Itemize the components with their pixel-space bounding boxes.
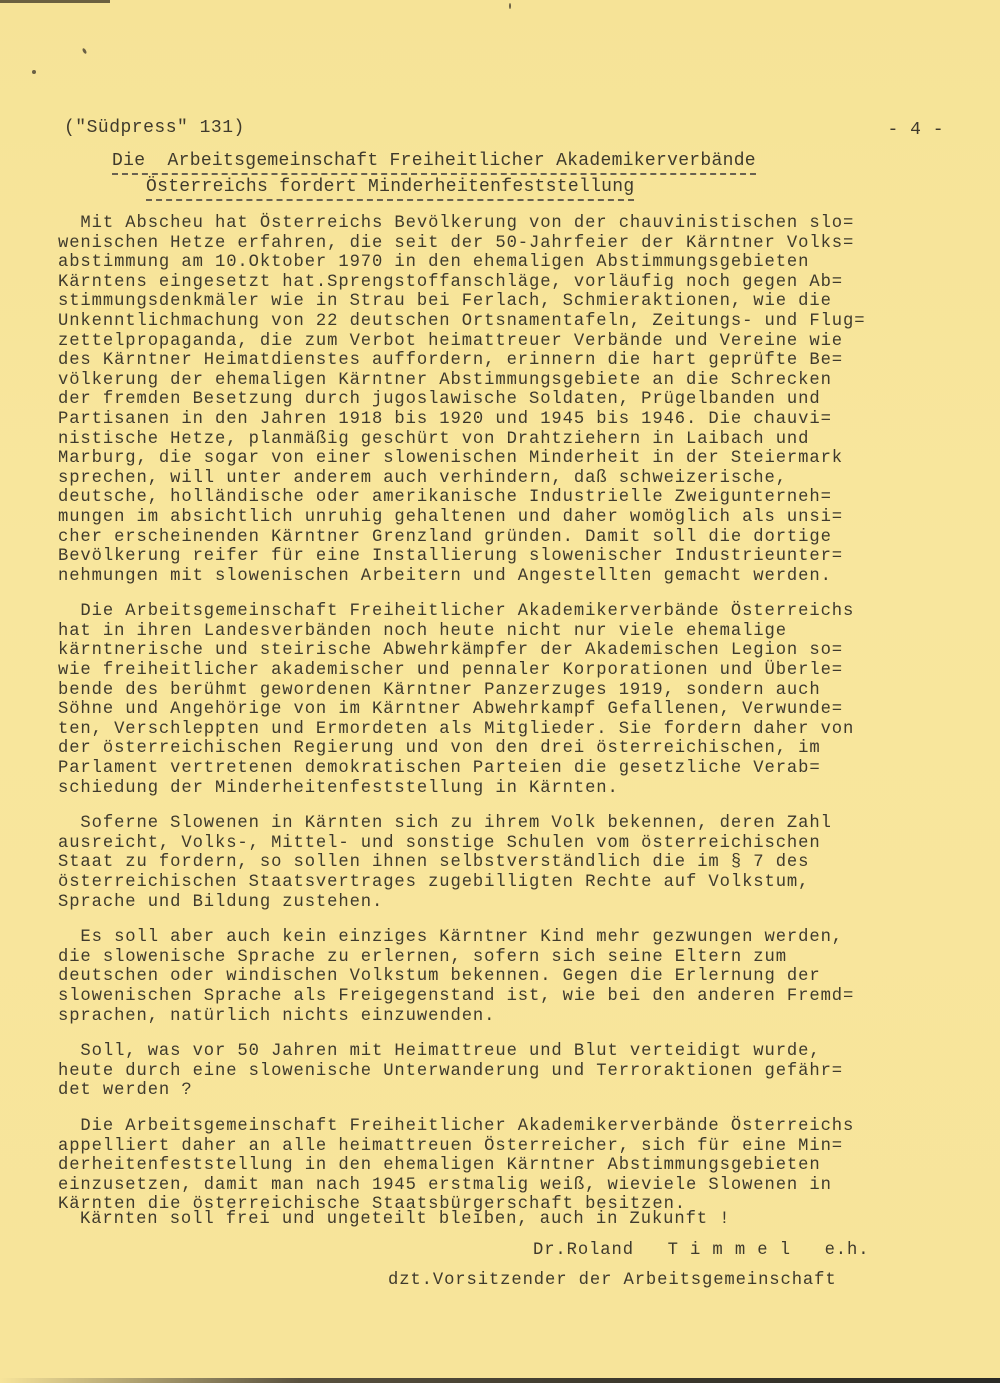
text-line: abstimmung am 10.Oktober 1970 in den ehe… bbox=[58, 253, 958, 273]
text-line: Soll, was vor 50 Jahren mit Heimattreue … bbox=[58, 1042, 958, 1062]
title-line-1: Die Arbeitsgemeinschaft Freiheitlicher A… bbox=[112, 150, 756, 175]
text-line: slowenischen Sprache als Freigegenstand … bbox=[58, 987, 958, 1007]
text-line: Partisanen in den Jahren 1918 bis 1920 u… bbox=[58, 410, 958, 430]
paragraph: Es soll aber auch kein einziges Kärntner… bbox=[58, 928, 958, 1026]
text-line: sprechen, will unter anderem auch verhin… bbox=[58, 469, 958, 489]
signature-title: dzt.Vorsitzender der Arbeitsgemeinschaft bbox=[388, 1271, 837, 1290]
paragraph: Soll, was vor 50 Jahren mit Heimattreue … bbox=[58, 1042, 958, 1101]
signature-name: Dr.Roland T i m m e l e.h. bbox=[533, 1241, 869, 1260]
source-label: ("Südpress" 131) bbox=[64, 118, 245, 138]
document-page: ("Südpress" 131) - 4 - Die Arbeitsgemein… bbox=[0, 0, 1000, 1383]
text-line: bende des berühmt gewordenen Kärntner Pa… bbox=[58, 681, 958, 701]
title-line-2: Österreichs fordert Minderheitenfeststel… bbox=[146, 176, 634, 201]
text-line: völkerung der ehemaligen Kärntner Abstim… bbox=[58, 371, 958, 391]
text-line: derheitenfeststellung in den ehemaligen … bbox=[58, 1156, 958, 1176]
text-line: Bevölkerung reifer für eine Installierun… bbox=[58, 547, 958, 567]
text-line: det werden ? bbox=[58, 1081, 958, 1101]
text-line: wenischen Hetze erfahren, die seit der 5… bbox=[58, 234, 958, 254]
paragraph: Die Arbeitsgemeinschaft Freiheitlicher A… bbox=[58, 1117, 958, 1215]
text-line: des Kärntner Heimatdienstes auffordern, … bbox=[58, 351, 958, 371]
text-line: Mit Abscheu hat Österreichs Bevölkerung … bbox=[58, 214, 958, 234]
paper-speck bbox=[82, 48, 88, 55]
text-line: Es soll aber auch kein einziges Kärntner… bbox=[58, 928, 958, 948]
text-line: schiedung der Minderheitenfeststellung i… bbox=[58, 779, 958, 799]
text-line: nistische Hetze, planmäßig geschürt von … bbox=[58, 430, 958, 450]
document-body: Mit Abscheu hat Österreichs Bevölkerung … bbox=[58, 214, 958, 1231]
text-line: appelliert daher an alle heimattreuen Ös… bbox=[58, 1137, 958, 1157]
text-line: Söhne und Angehörige von im Kärntner Abw… bbox=[58, 700, 958, 720]
text-line: Die Arbeitsgemeinschaft Freiheitlicher A… bbox=[58, 602, 958, 622]
text-line: kärntnerische und steirische Abwehrkämpf… bbox=[58, 641, 958, 661]
text-line: Staat zu fordern, so sollen ihnen selbst… bbox=[58, 853, 958, 873]
text-line: der österreichischen Regierung und von d… bbox=[58, 739, 958, 759]
paper-speck bbox=[32, 70, 36, 74]
text-line: nehmungen mit slowenischen Arbeitern und… bbox=[58, 567, 958, 587]
text-line: deutsche, holländische oder amerikanisch… bbox=[58, 488, 958, 508]
text-line: wie freiheitlicher akademischer und penn… bbox=[58, 661, 958, 681]
text-line: die slowenische Sprache zu erlernen, sof… bbox=[58, 948, 958, 968]
text-line: Sprache und Bildung zustehen. bbox=[58, 893, 958, 913]
text-line: cher erscheinenden Kärntner Grenzland gr… bbox=[58, 528, 958, 548]
text-line: Unkenntlichmachung von 22 deutschen Orts… bbox=[58, 312, 958, 332]
text-line: der fremden Besetzung durch jugoslawisch… bbox=[58, 390, 958, 410]
text-line: hat in ihren Landesverbänden noch heute … bbox=[58, 622, 958, 642]
text-line: Soferne Slowenen in Kärnten sich zu ihre… bbox=[58, 814, 958, 834]
scan-edge-bottom bbox=[0, 1378, 1000, 1383]
text-line: ten, Verschleppten und Ermordeten als Mi… bbox=[58, 720, 958, 740]
text-line: einzusetzen, damit man nach 1945 erstmal… bbox=[58, 1176, 958, 1196]
closing-statement: Kärnten soll frei und ungeteilt bleiben,… bbox=[80, 1210, 730, 1229]
text-line: österreichischen Staatsvertrages zugebil… bbox=[58, 873, 958, 893]
text-line: Marburg, die sogar von einer slowenische… bbox=[58, 449, 958, 469]
paragraph: Soferne Slowenen in Kärnten sich zu ihre… bbox=[58, 814, 958, 912]
scan-edge-top bbox=[0, 0, 110, 3]
paragraph: Die Arbeitsgemeinschaft Freiheitlicher A… bbox=[58, 602, 958, 798]
text-line: zettelpropaganda, die zum Verbot heimatt… bbox=[58, 332, 958, 352]
text-line: stimmungsdenkmäler wie in Strau bei Ferl… bbox=[58, 292, 958, 312]
page-number: - 4 - bbox=[887, 120, 944, 140]
text-line: Parlament vertretenen demokratischen Par… bbox=[58, 759, 958, 779]
text-line: mungen im absichtlich unruhig gehaltenen… bbox=[58, 508, 958, 528]
text-line: deutschen oder windischen Volkstum beken… bbox=[58, 967, 958, 987]
paper-speck bbox=[509, 3, 511, 9]
paragraph: Mit Abscheu hat Österreichs Bevölkerung … bbox=[58, 214, 958, 586]
text-line: heute durch eine slowenische Unterwander… bbox=[58, 1062, 958, 1082]
text-line: Die Arbeitsgemeinschaft Freiheitlicher A… bbox=[58, 1117, 958, 1137]
text-line: Kärntens eingesetzt hat.Sprengstoffansch… bbox=[58, 273, 958, 293]
text-line: ausreicht, Volks-, Mittel- und sonstige … bbox=[58, 834, 958, 854]
text-line: sprachen, natürlich nichts einzuwenden. bbox=[58, 1007, 958, 1027]
